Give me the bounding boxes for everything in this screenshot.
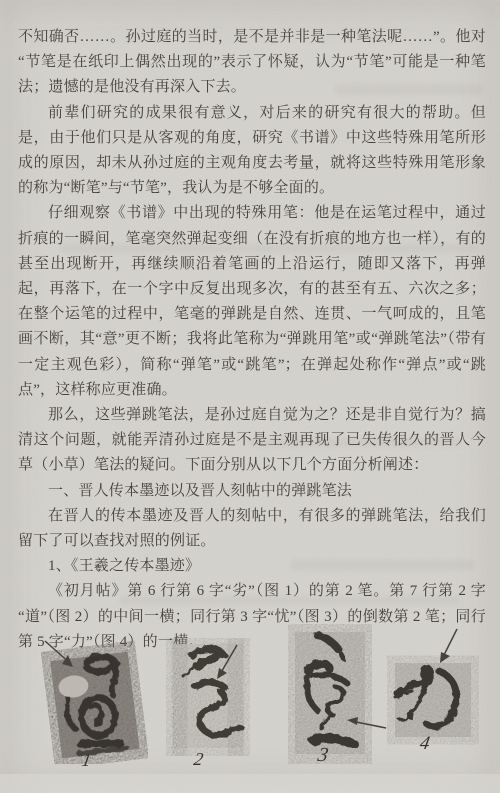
figure-1-calligraphy-lie <box>40 636 148 764</box>
paragraph-6: 在晋人的传本墨迹及晋人的刻帖中，有很多的弹跳笔法，给我们留下了可以查找对照的例证… <box>18 504 486 554</box>
figure-4-calligraphy-li <box>381 623 485 758</box>
paragraph-4: 那么，这些弹跳笔法，是孙过庭自觉为之？还是非自觉行为？搞清这个问题，就能弄清孙过… <box>18 403 486 479</box>
section-heading: 一、晋人传本墨迹以及晋人刻帖中的弹跳笔法 <box>18 479 486 504</box>
figure-3-calligraphy-you <box>283 624 395 764</box>
subsection-heading: 1、《王羲之传本墨迹》 <box>18 554 486 579</box>
body-text: 不知确否……。孙过庭的当时，是不是并非是一种笔法呢……”。他对“节笔是在纸印上偶… <box>18 25 486 655</box>
calligraphy-image-2 <box>163 638 255 756</box>
paragraph-continuation: 不知确否……。孙过庭的当时，是不是并非是一种笔法呢……”。他对“节笔是在纸印上偶… <box>18 25 486 101</box>
arrow-icon <box>440 629 457 663</box>
scanned-page: 不知确否……。孙过庭的当时，是不是并非是一种笔法呢……”。他对“节笔是在纸印上偶… <box>0 0 500 793</box>
calligraphy-image-3 <box>283 624 395 764</box>
calligraphy-image-4 <box>381 623 485 758</box>
figure-2-calligraphy-dao <box>163 638 255 756</box>
paragraph-2: 前辈们研究的成果很有意义，对后来的研究有很大的帮助。但是，由于他们只是从客观的角… <box>18 101 486 202</box>
paragraph-3: 仔细观察《书谱》中出现的特殊用笔：他是在运笔过程中，通过折痕的一瞬间，笔毫突然弹… <box>18 201 486 403</box>
calligraphy-image-1 <box>40 636 148 764</box>
